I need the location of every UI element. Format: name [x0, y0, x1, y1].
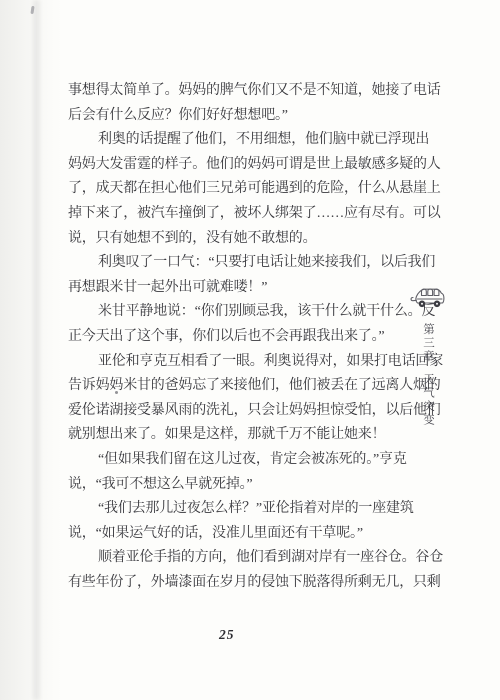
- text-line: “但如果我们留在这儿过夜，肯定会被冻死的。”亨克: [68, 448, 454, 473]
- text-line: 亚伦和亨克互相看了一眼。利奥说得对，如果打电话回家: [68, 350, 454, 375]
- body-text: 事想得太简单了。妈妈的脾气你们又不是不知道，她接了电话后会有什么反应？你们好好想…: [68, 79, 454, 595]
- text-line: 掉下来了，被汽车撞倒了，被坏人绑架了……应有尽有。可以: [68, 202, 454, 227]
- text-line: 正今天出了这个事，你们以后也不会再跟我出来了。”: [68, 325, 454, 350]
- text-line: 告诉妈妈米甘的爸妈忘了来接他们，他们被丢在了远离人烟的: [68, 374, 454, 399]
- text-line: “我们去那儿过夜怎么样？”亚伦指着对岸的一座建筑: [68, 497, 454, 522]
- text-line: 再想跟米甘一起外出可就难喽！”: [68, 276, 454, 301]
- chapter-title-label: 天气突变: [420, 373, 436, 427]
- text-line: 事想得太简单了。妈妈的脾气你们又不是不知道，她接了电话: [68, 79, 454, 104]
- page-number: 25: [219, 627, 235, 643]
- text-line: 后会有什么反应？你们好好想想吧。”: [68, 104, 454, 129]
- text-line: 米甘平静地说：“你们别顾忌我，该干什么就干什么。反: [68, 300, 454, 325]
- scan-edge-shadow: [0, 0, 62, 700]
- text-line: 有些年份了，外墙漆面在岁月的侵蚀下脱落得所剩无几，只剩: [68, 571, 454, 596]
- chapter-number-label: 第三章: [420, 323, 436, 364]
- chapter-tab: 第三章 天气突变: [405, 280, 451, 427]
- text-line: 就别想出来了。如果是这样，那就千万不能让她来！: [68, 423, 454, 448]
- text-line: 爱伦诺湖接受暴风雨的洗礼，只会让妈妈担惊受怕，以后他们: [68, 399, 454, 424]
- text-line: 说，“如果运气好的话，没准儿里面还有干草呢。”: [68, 522, 454, 547]
- text-line: 利奥叹了一口气：“只要打电话让她来接我们，以后我们: [68, 251, 454, 276]
- scan-artifact-speck: [30, 6, 34, 14]
- text-line: 顺着亚伦手指的方向，他们看到湖对岸有一座谷仓。谷仓: [68, 546, 454, 571]
- chapter-text: 第三章 天气突变: [420, 323, 436, 427]
- text-line: 了，成天都在担心他们三兄弟可能遇到的危险，什么从悬崖上: [68, 177, 454, 202]
- car-icon: [408, 280, 448, 310]
- text-line: 说，“我可不想这么早就死掉。”: [68, 473, 454, 498]
- text-line: 利奥的话提醒了他们，不用细想，他们脑中就已浮现出: [68, 128, 454, 153]
- text-line: 说，只有她想不到的，没有她不敢想的。: [68, 227, 454, 252]
- scan-gutter-line: [33, 0, 40, 700]
- text-line: 妈妈大发雷霆的样子。他们的妈妈可谓是世上最敏感多疑的人: [68, 153, 454, 178]
